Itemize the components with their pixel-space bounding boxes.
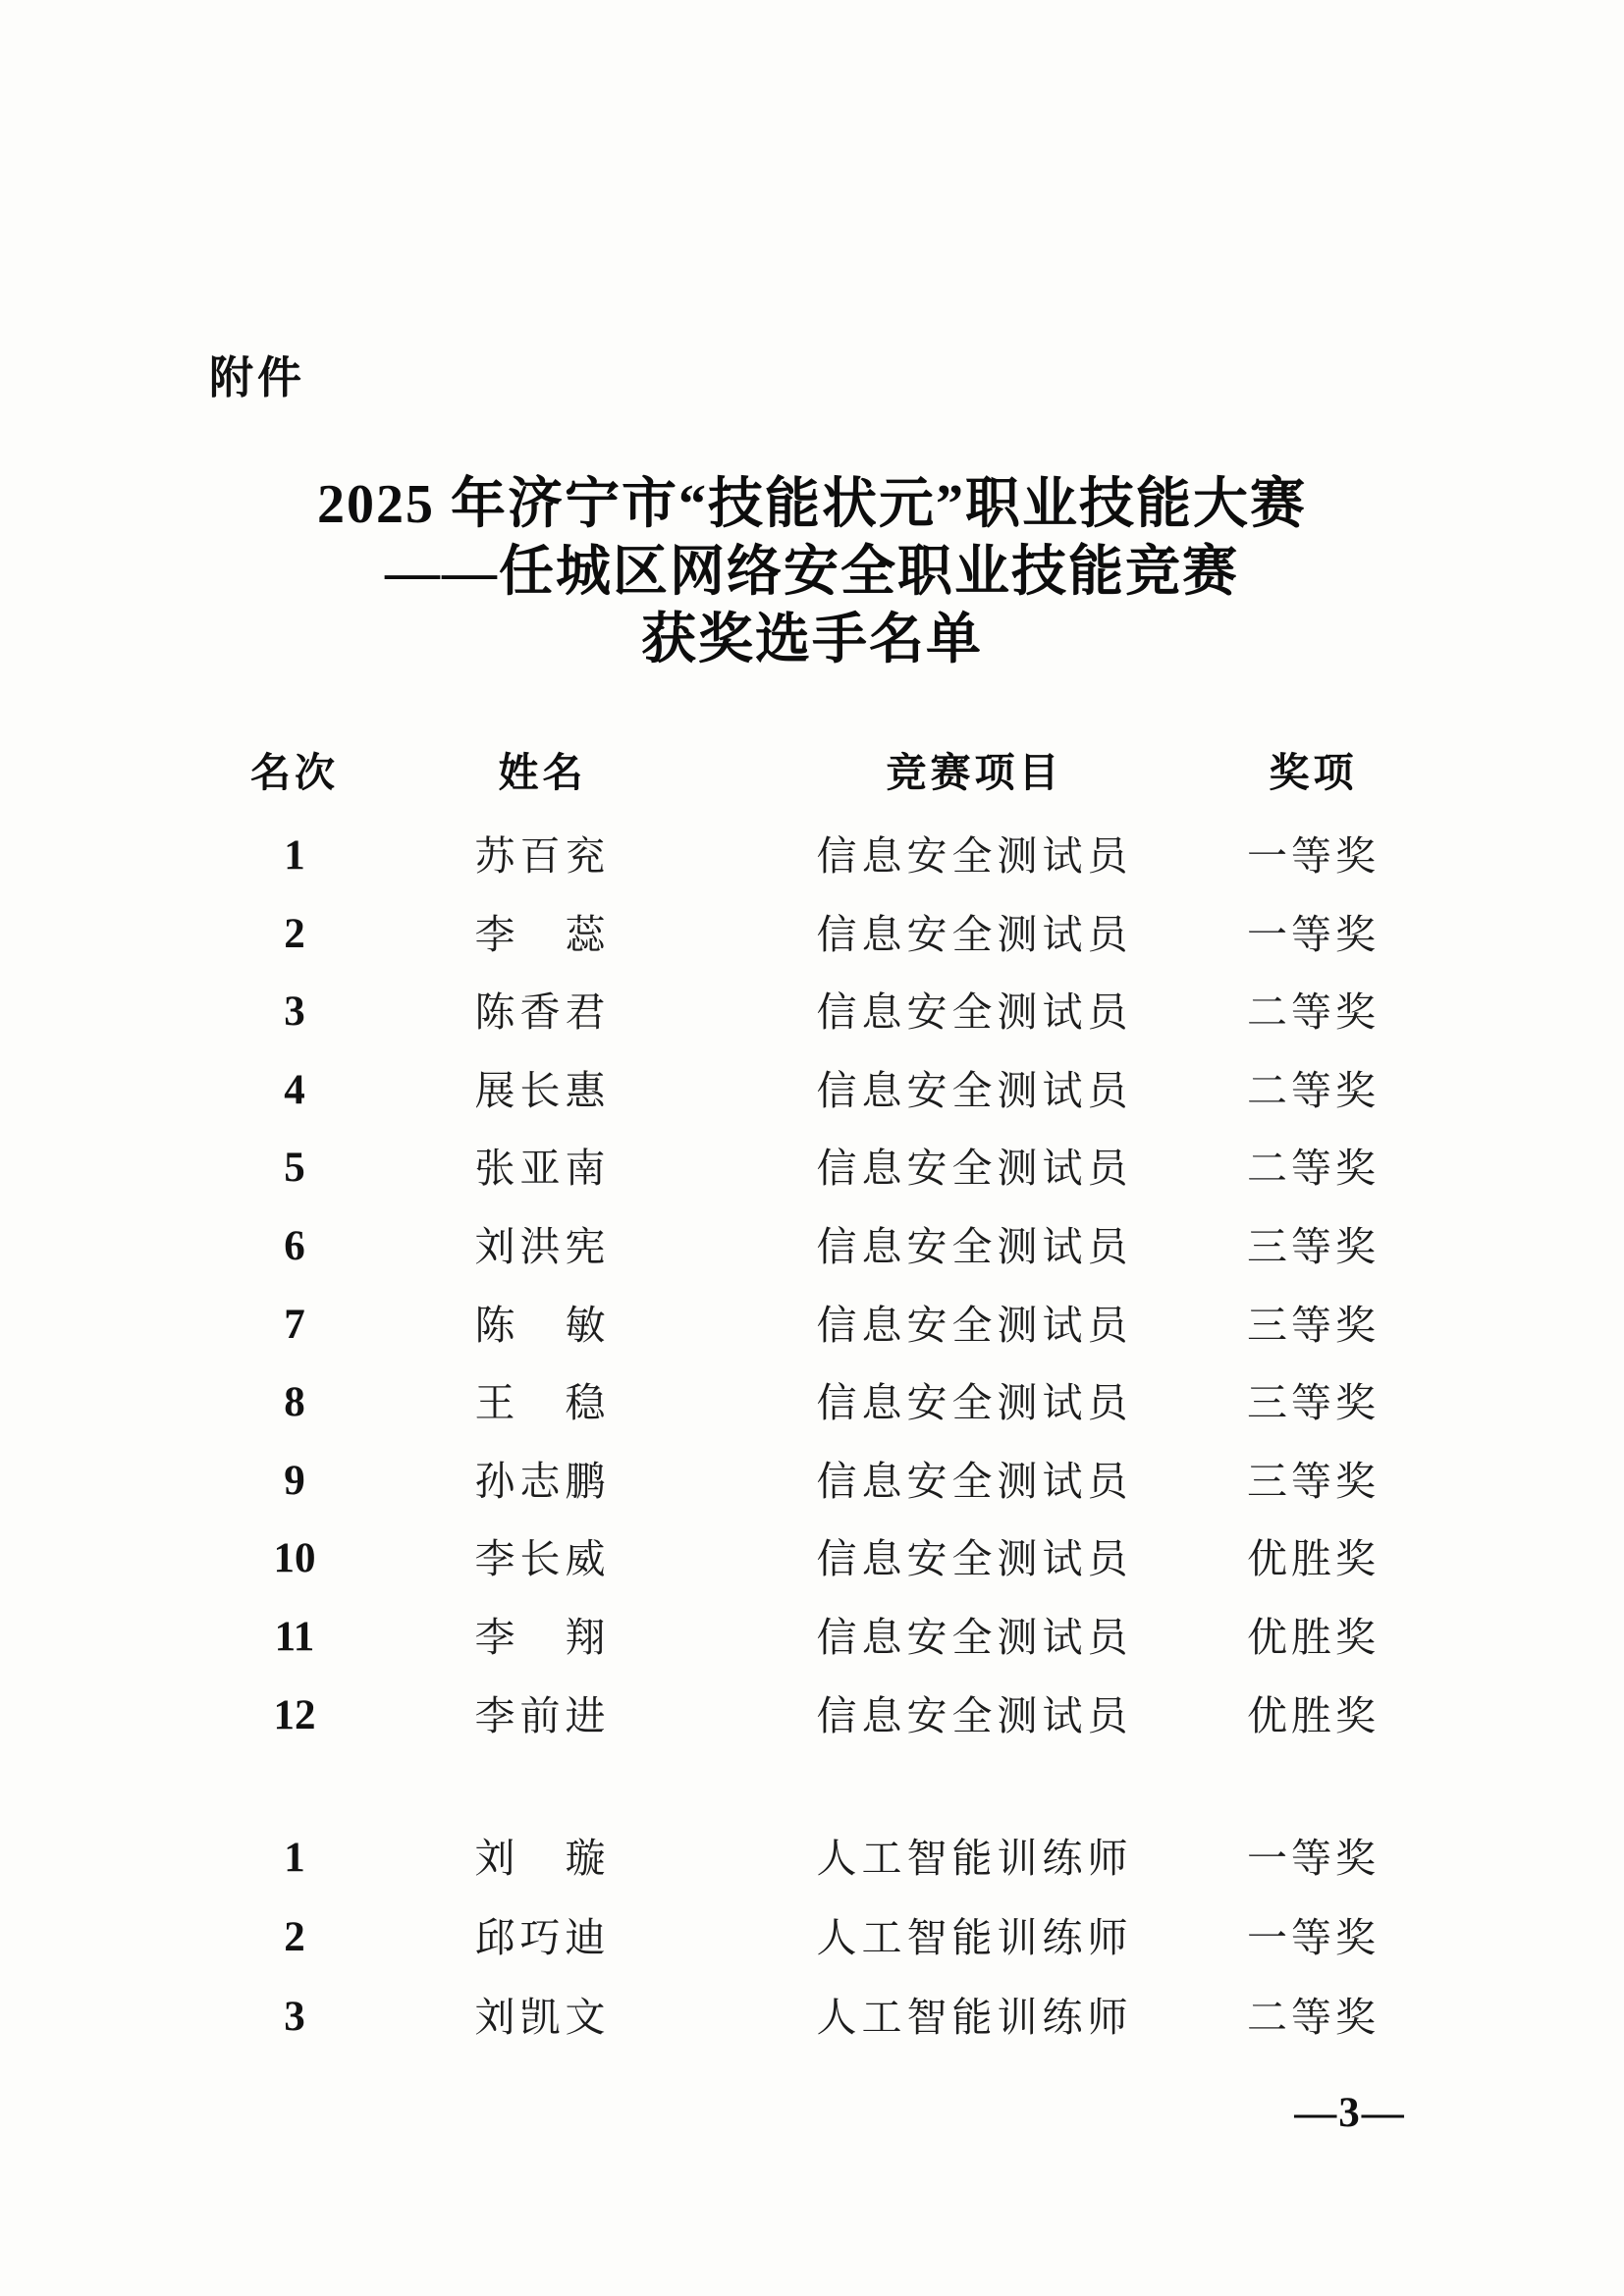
award-cell: 二等奖: [1222, 1063, 1404, 1118]
award-cell: 一等奖: [1222, 1910, 1404, 1965]
award-cell: 三等奖: [1222, 1219, 1404, 1274]
award-cell: 一等奖: [1222, 828, 1404, 883]
name-cell: 陈香君: [447, 985, 638, 1040]
event-cell: 信息安全测试员: [781, 1610, 1168, 1665]
attachment-label: 附件: [209, 342, 305, 405]
event-cell: 信息安全测试员: [781, 985, 1168, 1040]
document-page: 附件 2025 年济宁市“技能状元”职业技能大赛 ——任城区网络安全职业技能竞赛…: [0, 0, 1624, 2296]
table-row: 11 李 翔 信息安全测试员 优胜奖: [0, 1610, 1624, 1665]
rank-cell: 2: [211, 907, 378, 962]
event-cell: 信息安全测试员: [781, 907, 1168, 962]
table-row: 5 张亚南 信息安全测试员 二等奖: [0, 1141, 1624, 1196]
event-cell: 信息安全测试员: [781, 1141, 1168, 1196]
event-cell: 人工智能训练师: [781, 1910, 1168, 1965]
name-cell: 刘凯文: [447, 1990, 638, 2045]
name-cell: 刘洪宪: [447, 1219, 638, 1274]
rank-cell: 5: [211, 1141, 378, 1196]
table-row: 1 刘 璇 人工智能训练师 一等奖: [0, 1831, 1624, 1886]
name-cell: 展长惠: [447, 1063, 638, 1118]
page-number: —3—: [1272, 2089, 1429, 2137]
document-title: 2025 年济宁市“技能状元”职业技能大赛 ——任城区网络安全职业技能竞赛 获奖…: [0, 471, 1624, 674]
rank-cell: 1: [211, 1831, 378, 1886]
table-row: 10 李长威 信息安全测试员 优胜奖: [0, 1531, 1624, 1586]
title-line-2: ——任城区网络安全职业技能竞赛: [0, 539, 1624, 607]
event-cell: 信息安全测试员: [781, 1063, 1168, 1118]
name-cell: 邱巧迪: [447, 1910, 638, 1965]
award-cell: 三等奖: [1222, 1454, 1404, 1509]
award-cell: 一等奖: [1222, 1831, 1404, 1886]
name-cell: 李长威: [447, 1531, 638, 1586]
award-cell: 二等奖: [1222, 1141, 1404, 1196]
name-cell: 李 蕊: [447, 907, 638, 962]
rank-cell: 3: [211, 985, 378, 1040]
table-row: 1 苏百兖 信息安全测试员 一等奖: [0, 828, 1624, 883]
award-cell: 优胜奖: [1222, 1531, 1404, 1586]
table-row: 6 刘洪宪 信息安全测试员 三等奖: [0, 1219, 1624, 1274]
rank-cell: 1: [211, 828, 378, 883]
name-cell: 张亚南: [447, 1141, 638, 1196]
rank-cell: 12: [211, 1688, 378, 1743]
event-cell: 信息安全测试员: [781, 1375, 1168, 1430]
event-cell: 人工智能训练师: [781, 1831, 1168, 1886]
rank-cell: 9: [211, 1454, 378, 1509]
name-cell: 陈 敏: [447, 1298, 638, 1353]
event-cell: 信息安全测试员: [781, 828, 1168, 883]
event-cell: 信息安全测试员: [781, 1219, 1168, 1274]
column-header-rank: 名次: [211, 745, 378, 800]
table-row: 12 李前进 信息安全测试员 优胜奖: [0, 1688, 1624, 1743]
rank-cell: 6: [211, 1219, 378, 1274]
event-cell: 人工智能训练师: [781, 1990, 1168, 2045]
event-cell: 信息安全测试员: [781, 1688, 1168, 1743]
column-header-award: 奖项: [1222, 745, 1404, 800]
name-cell: 李前进: [447, 1688, 638, 1743]
event-cell: 信息安全测试员: [781, 1298, 1168, 1353]
award-cell: 一等奖: [1222, 907, 1404, 962]
event-cell: 信息安全测试员: [781, 1454, 1168, 1509]
column-header-event: 竞赛项目: [781, 745, 1168, 800]
name-cell: 王 稳: [447, 1375, 638, 1430]
table-row: 4 展长惠 信息安全测试员 二等奖: [0, 1063, 1624, 1118]
rank-cell: 2: [211, 1910, 378, 1965]
table-row: 3 陈香君 信息安全测试员 二等奖: [0, 985, 1624, 1040]
event-cell: 信息安全测试员: [781, 1531, 1168, 1586]
title-line-3: 获奖选手名单: [0, 607, 1624, 674]
name-cell: 李 翔: [447, 1610, 638, 1665]
title-line-1: 2025 年济宁市“技能状元”职业技能大赛: [0, 471, 1624, 539]
table-row: 2 邱巧迪 人工智能训练师 一等奖: [0, 1910, 1624, 1965]
rank-cell: 11: [211, 1610, 378, 1665]
column-header-name: 姓名: [447, 745, 638, 800]
award-cell: 三等奖: [1222, 1375, 1404, 1430]
award-cell: 优胜奖: [1222, 1610, 1404, 1665]
name-cell: 刘 璇: [447, 1831, 638, 1886]
rank-cell: 3: [211, 1990, 378, 2045]
award-cell: 二等奖: [1222, 985, 1404, 1040]
rank-cell: 8: [211, 1375, 378, 1430]
rank-cell: 4: [211, 1063, 378, 1118]
table-row: 3 刘凯文 人工智能训练师 二等奖: [0, 1990, 1624, 2045]
table-row: 8 王 稳 信息安全测试员 三等奖: [0, 1375, 1624, 1430]
award-cell: 优胜奖: [1222, 1688, 1404, 1743]
name-cell: 苏百兖: [447, 828, 638, 883]
table-row: 2 李 蕊 信息安全测试员 一等奖: [0, 907, 1624, 962]
table-row: 9 孙志鹏 信息安全测试员 三等奖: [0, 1454, 1624, 1509]
table-row: 7 陈 敏 信息安全测试员 三等奖: [0, 1298, 1624, 1353]
rank-cell: 10: [211, 1531, 378, 1586]
award-cell: 二等奖: [1222, 1990, 1404, 2045]
award-cell: 三等奖: [1222, 1298, 1404, 1353]
table-header-row: 名次 姓名 竞赛项目 奖项: [0, 745, 1624, 800]
name-cell: 孙志鹏: [447, 1454, 638, 1509]
rank-cell: 7: [211, 1298, 378, 1353]
